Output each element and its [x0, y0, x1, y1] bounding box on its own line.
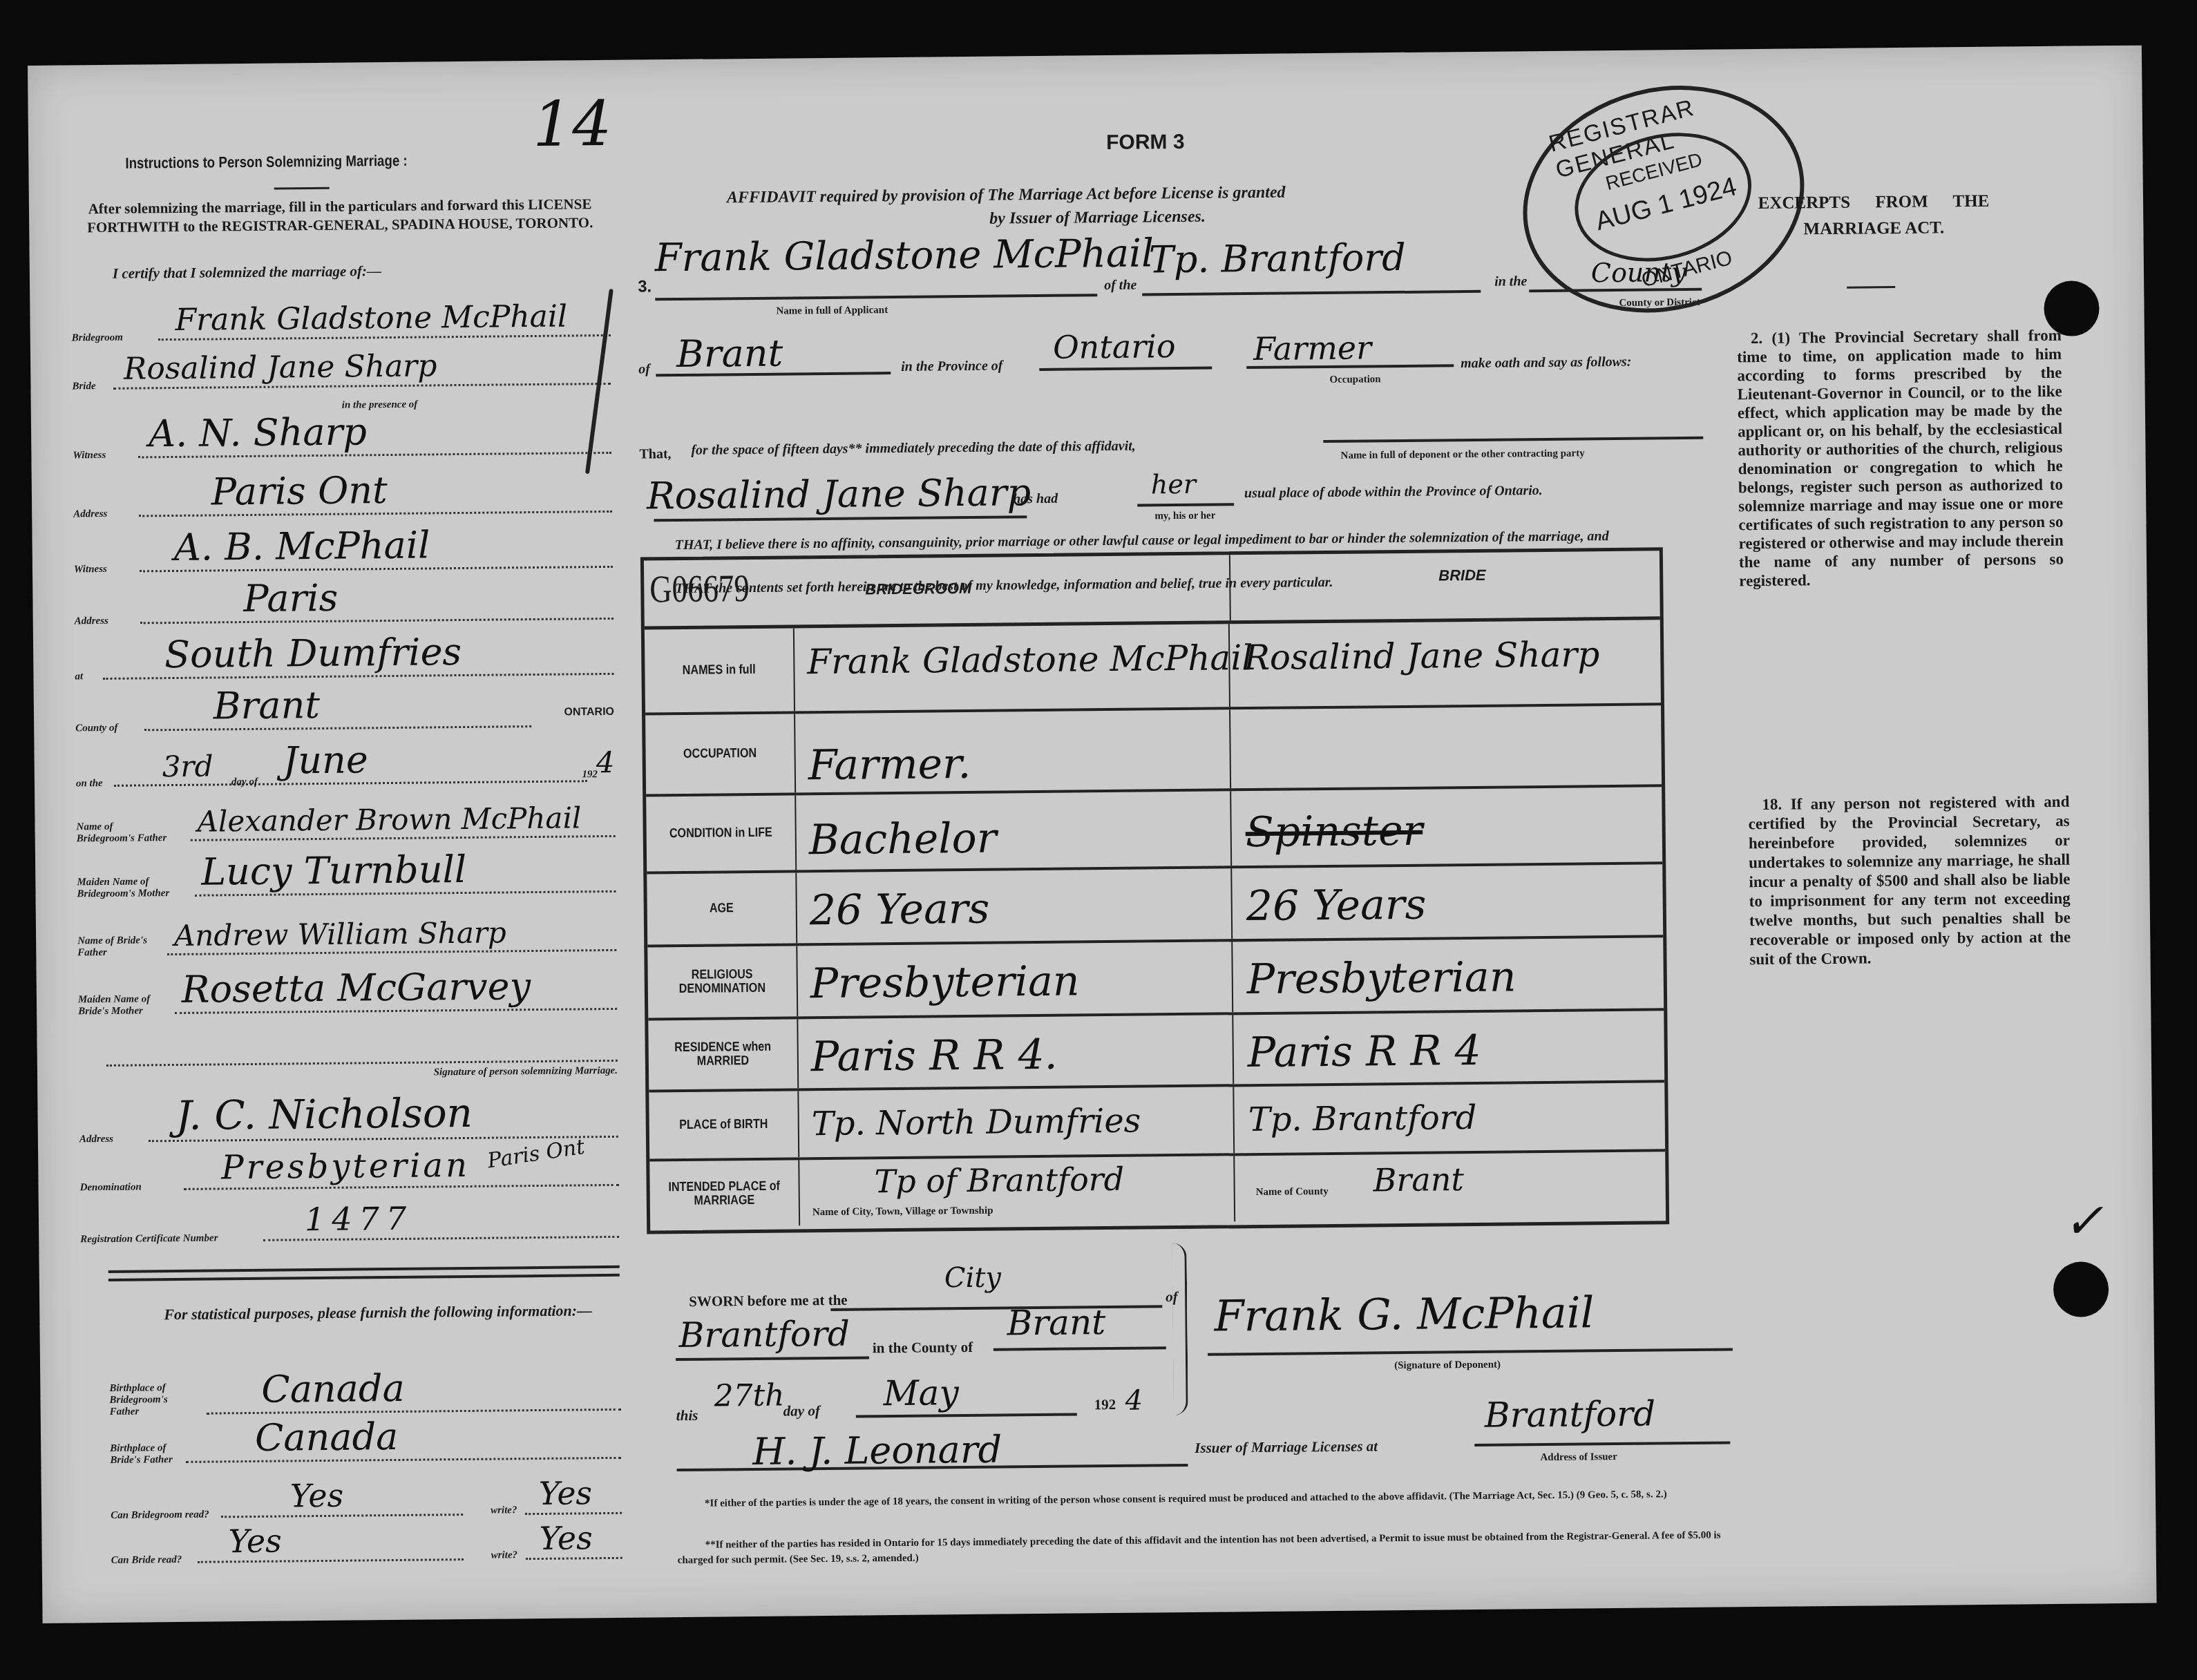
marriage-license-sheet: ✓ 14 Instructions to Person Solemnizing … — [28, 46, 2157, 1623]
occupation-value: Farmer — [1253, 329, 1372, 367]
excerpts-rule — [1847, 286, 1895, 289]
registration-certificate-field: Registration Certificate Number 1477 — [80, 1196, 620, 1250]
issuer-label: Issuer of Marriage Licenses at — [1195, 1438, 1378, 1457]
abode-text: usual place of abode within the Province… — [1244, 483, 1543, 502]
bride-father-field: Name of Bride's Father Andrew William Sh… — [77, 910, 617, 963]
groom-mother-field: Maiden Name of Bridegroom's Mother Lucy … — [77, 851, 616, 904]
table-row: RESIDENCE when MARRIED Paris R R 4. Pari… — [648, 1011, 1664, 1092]
groom-father-field: Name of Bridegroom's Father Alexander Br… — [76, 796, 616, 849]
month-line — [856, 1413, 1077, 1418]
deponent-signature-line — [1208, 1348, 1733, 1355]
particulars-table: G06679 BRIDEGROOM BRIDE NAMES in full Fr… — [640, 547, 1669, 1234]
bridegroom-field: Bridegroom Frank Gladstone McPhail — [71, 295, 611, 348]
header-bridegroom: BRIDEGROOM — [865, 580, 971, 598]
header-bride: BRIDE — [1438, 566, 1486, 585]
deponent-caption: (Signature of Deponent) — [1394, 1359, 1501, 1372]
bride-mother-field: Maiden Name of Bride's Mother Rosetta Mc… — [78, 968, 618, 1022]
witness2-field: Witness A. B. McPhail — [73, 526, 613, 580]
issuer-address-caption: Address of Issuer — [1540, 1451, 1617, 1464]
denomination-field: Denomination Presbyterian Paris Ont — [79, 1145, 619, 1198]
table-row: RELIGIOUS DENOMINATION Presbyterian Pres… — [647, 937, 1664, 1020]
clause-number: 3. — [638, 277, 652, 296]
year-prefix: 192 — [1094, 1399, 1116, 1411]
deponent-signature: Frank G. McPhail — [1214, 1287, 1595, 1341]
day-value: 27th — [714, 1378, 785, 1414]
city-value: Brantford — [678, 1314, 850, 1355]
excerpt-section-18: 18. If any person not registered with an… — [1748, 792, 2071, 969]
county-label: in the County of — [873, 1342, 973, 1354]
oath-text: make oath and say as follows: — [1461, 354, 1631, 372]
footnote-residence: **If neither of the parties has resided … — [677, 1527, 1734, 1568]
her-caption: my, his or her — [1154, 510, 1215, 523]
bride-read-write-field: Can Bride read? Yes write? Yes — [83, 1518, 622, 1571]
issuer-signature: H. J. Leonard — [752, 1428, 1002, 1473]
sworn-at-value: City — [944, 1262, 1002, 1295]
city-line — [676, 1356, 869, 1361]
applicant-line — [655, 294, 1097, 300]
party-name: Rosalind Jane Sharp — [647, 470, 1031, 517]
of-label: of — [638, 363, 650, 375]
issuer-address-line — [1474, 1441, 1730, 1447]
province-label: in the Province of — [901, 360, 1002, 372]
table-row: CONDITION in LIFE Bachelor Spinster — [646, 787, 1662, 874]
table-header: G06679 BRIDEGROOM BRIDE — [644, 551, 1660, 629]
certify-text: I certify that I solemnized the marriage… — [113, 262, 381, 283]
address2-field: Address Paris — [74, 578, 614, 631]
sworn-of-label: of — [1166, 1291, 1178, 1303]
county-line — [993, 1346, 1166, 1350]
province-line — [1039, 367, 1212, 371]
affidavit-line2: by Issuer of Marriage Licenses. — [989, 208, 1206, 229]
party-line-top — [1323, 437, 1703, 443]
table-row: OCCUPATION Farmer. — [645, 705, 1662, 796]
bride-father-birthplace-field: Birthplace of Bride's Father Canada — [82, 1417, 622, 1471]
excerpts-title: EXCERPTS FROM THE MARRIAGE ACT. — [1729, 191, 2019, 240]
affidavit-line1: AFFIDAVIT required by provision of The M… — [727, 184, 1286, 208]
date-field: on the 3rd day of June 192 4 — [75, 741, 615, 794]
table-row: INTENDED PLACE of MARRIAGE Tp of Brantfo… — [649, 1152, 1666, 1227]
sworn-label: SWORN before me at the — [689, 1295, 848, 1308]
of-the-line — [1142, 290, 1481, 296]
this-label: this — [676, 1410, 698, 1422]
issuer-address: Brantford — [1485, 1393, 1656, 1435]
punch-hole-bottom — [2053, 1261, 2109, 1317]
province-value: Ontario — [1053, 327, 1176, 366]
officiant-signature-caption: Signature of person solemnizing Marriage… — [434, 1065, 618, 1079]
title-underline — [274, 187, 330, 190]
has-had-text: has had — [1013, 491, 1058, 508]
sworn-bracket — [1172, 1243, 1188, 1415]
sworn-at-line — [830, 1305, 1162, 1311]
checkmark-icon: ✓ — [2063, 1192, 2104, 1250]
her-value: her — [1151, 469, 1197, 500]
of-value: Brant — [676, 332, 783, 376]
excerpt-section-2: 2. (1) The Provincial Secretary shall fr… — [1737, 326, 2064, 590]
witness1-field: Witness A. N. Sharp — [73, 412, 612, 466]
in-the-label: in the — [1494, 276, 1527, 287]
county-value: Brant — [1007, 1302, 1105, 1343]
instructions-title: Instructions to Person Solemnizing Marri… — [125, 152, 408, 173]
of-the-value: Tp. Brantford — [1148, 236, 1406, 282]
applicant-caption: Name in full of Applicant — [776, 305, 888, 318]
applicant-name: Frank Gladstone McPhail — [654, 231, 1154, 280]
officiant-signature: J. C. Nicholson — [175, 1089, 473, 1139]
bride-field: Bride Rosalind Jane Sharp — [72, 343, 611, 397]
occupation-caption: Occupation — [1329, 374, 1380, 386]
address1-field: Address Paris Ont — [73, 471, 613, 524]
of-the-label: of the — [1104, 280, 1136, 292]
day-label: day of — [783, 1405, 820, 1417]
instructions-text: After solemnizing the marriage, fill in … — [84, 195, 596, 237]
table-row: PLACE of BIRTH Tp. North Dumfries Tp. Br… — [649, 1082, 1665, 1161]
sheet-number: 14 — [532, 88, 612, 161]
form-title: FORM 3 — [1106, 131, 1185, 155]
at-field: at South Dumfries — [75, 633, 614, 687]
month-value: May — [883, 1373, 959, 1413]
year-suffix: 4 — [1125, 1385, 1143, 1417]
her-line — [1137, 503, 1234, 506]
fifteen-days-text: for the space of fifteen days** immediat… — [691, 439, 1136, 459]
county-field: County of Brant ONTARIO — [75, 685, 615, 738]
section-double-rule — [108, 1266, 620, 1281]
party-caption: Name in full of deponent or the other co… — [1340, 448, 1584, 461]
serial-number: G06679 — [649, 566, 750, 611]
footnote-under-18: *If either of the parties is under the a… — [677, 1486, 1734, 1511]
statistics-intro: For statistical purposes, please furnish… — [108, 1293, 620, 1333]
table-row: NAMES in full Frank Gladstone McPhail Ro… — [645, 620, 1661, 715]
table-row: AGE 26 Years 26 Years — [647, 864, 1663, 947]
that-label: That, — [639, 446, 671, 462]
